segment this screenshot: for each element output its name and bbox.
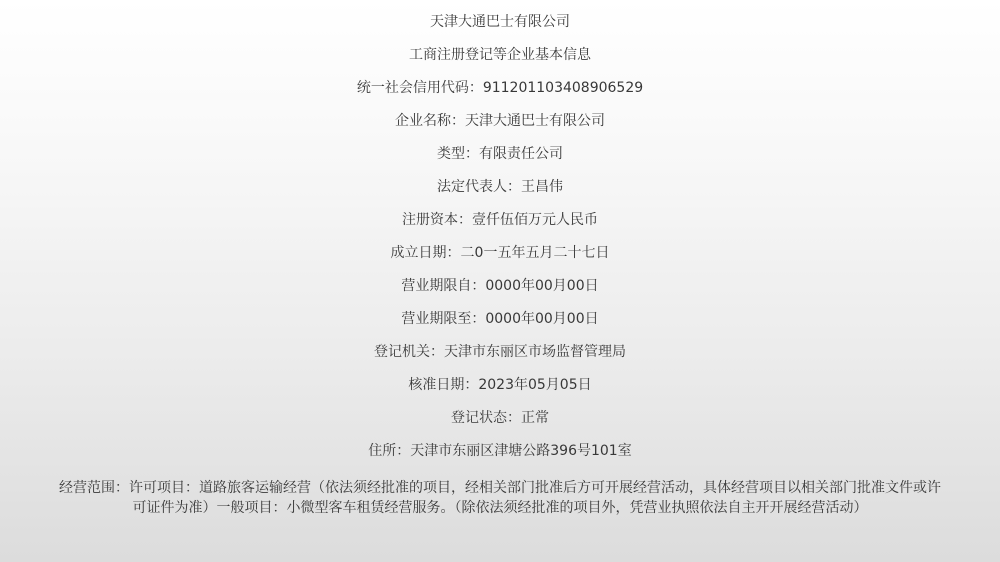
field-separator: ： (507, 179, 521, 195)
field-separator: ： (447, 245, 461, 261)
field-registered-capital: 注册资本：壹仟伍佰万元人民币 (0, 210, 1000, 230)
field-value: 0000年00月00日 (485, 311, 598, 327)
field-value: 天津大通巴士有限公司 (465, 113, 605, 129)
field-value: 许可项目：道路旅客运输经营（依法须经批准的项目，经相关部门批准后方可开展经营活动… (129, 480, 941, 516)
field-approval-date: 核准日期：2023年05月05日 (0, 375, 1000, 395)
field-value: 正常 (521, 410, 549, 426)
field-separator: ： (430, 344, 444, 360)
field-separator: ： (451, 113, 465, 129)
field-company-type: 类型：有限责任公司 (0, 144, 1000, 164)
field-label: 核准日期 (408, 377, 464, 393)
field-separator: ： (465, 146, 479, 162)
field-label: 登记状态 (451, 410, 507, 426)
field-business-scope: 经营范围：许可项目：道路旅客运输经营（依法须经批准的项目，经相关部门批准后方可开… (55, 478, 945, 518)
field-separator: ： (115, 480, 129, 496)
field-address: 住所：天津市东丽区津塘公路396号101室 (0, 441, 1000, 461)
field-separator: ： (396, 443, 410, 459)
field-separator: ： (469, 80, 483, 96)
field-registration-authority: 登记机关：天津市东丽区市场监督管理局 (0, 342, 1000, 362)
field-label: 住所 (368, 443, 396, 459)
field-term-to: 营业期限至：0000年00月00日 (0, 309, 1000, 329)
field-separator: ： (471, 311, 485, 327)
field-value: 王昌伟 (521, 179, 563, 195)
field-separator: ： (464, 377, 478, 393)
field-value: 天津市东丽区市场监督管理局 (444, 344, 626, 360)
field-value: 天津市东丽区津塘公路396号101室 (410, 443, 631, 459)
field-label: 注册资本 (402, 212, 458, 228)
field-legal-representative: 法定代表人：王昌伟 (0, 177, 1000, 197)
field-separator: ： (458, 212, 472, 228)
field-label: 成立日期 (391, 245, 447, 261)
field-label: 企业名称 (395, 113, 451, 129)
field-value: 0000年00月00日 (485, 278, 598, 294)
company-info-document: 天津大通巴士有限公司 工商注册登记等企业基本信息 统一社会信用代码：911201… (0, 0, 1000, 562)
field-separator: ： (471, 278, 485, 294)
field-label: 营业期限至 (401, 311, 471, 327)
field-value: 2023年05月05日 (478, 377, 591, 393)
field-label: 登记机关 (374, 344, 430, 360)
field-credit-code: 统一社会信用代码：911201103408906529 (0, 78, 1000, 98)
field-separator: ： (507, 410, 521, 426)
field-value: 壹仟伍佰万元人民币 (472, 212, 598, 228)
field-term-from: 营业期限自：0000年00月00日 (0, 276, 1000, 296)
field-label: 经营范围 (59, 480, 115, 496)
field-label: 营业期限自 (401, 278, 471, 294)
company-title: 天津大通巴士有限公司 (0, 12, 1000, 32)
field-label: 类型 (437, 146, 465, 162)
field-value: 有限责任公司 (479, 146, 563, 162)
field-company-name: 企业名称：天津大通巴士有限公司 (0, 111, 1000, 131)
field-registration-status: 登记状态：正常 (0, 408, 1000, 428)
field-value: 911201103408906529 (483, 80, 643, 96)
field-value: 二0一五年五月二十七日 (461, 245, 610, 261)
document-subtitle: 工商注册登记等企业基本信息 (0, 45, 1000, 65)
field-label: 法定代表人 (437, 179, 507, 195)
field-label: 统一社会信用代码 (357, 80, 469, 96)
field-establishment-date: 成立日期：二0一五年五月二十七日 (0, 243, 1000, 263)
